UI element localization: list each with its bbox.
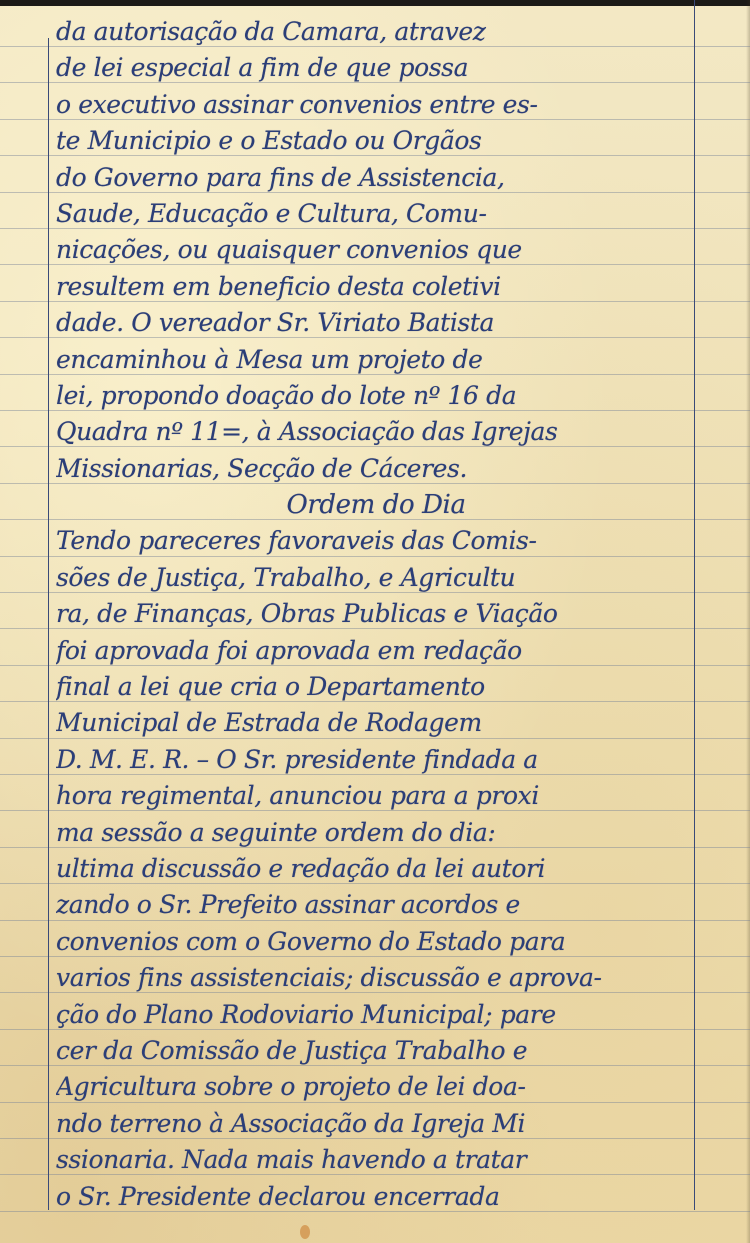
text-line: convenios com o Governo do Estado para bbox=[56, 924, 696, 960]
text-line: cer da Comissão de Justiça Trabalho e bbox=[56, 1033, 696, 1069]
text-line: da autorisação da Camara, atravez bbox=[56, 14, 696, 50]
text-line: dade. O vereador Sr. Viriato Batista bbox=[56, 305, 696, 341]
text-line: ma sessão a seguinte ordem do dia: bbox=[56, 815, 696, 851]
scan-right-edge bbox=[746, 0, 750, 1243]
text-line: do Governo para fins de Assistencia, bbox=[56, 160, 696, 196]
text-line: o Sr. Presidente declarou encerrada bbox=[56, 1179, 696, 1215]
text-line: ção do Plano Rodoviario Municipal; pare bbox=[56, 997, 696, 1033]
text-line: hora regimental, anunciou para a proxi bbox=[56, 778, 696, 814]
text-line: Agricultura sobre o projeto de lei doa- bbox=[56, 1069, 696, 1105]
handwritten-text-block: da autorisação da Camara, atravez de lei… bbox=[56, 14, 696, 1215]
text-line: sões de Justiça, Trabalho, e Agricultu bbox=[56, 560, 696, 596]
text-line: resultem em beneficio desta coletivi bbox=[56, 269, 696, 305]
text-line: ndo terreno à Associação da Igreja Mi bbox=[56, 1106, 696, 1142]
ledger-page: da autorisação da Camara, atravez de lei… bbox=[0, 0, 750, 1243]
text-line: ssionaria. Nada mais havendo a tratar bbox=[56, 1142, 696, 1178]
text-line: o executivo assinar convenios entre es- bbox=[56, 87, 696, 123]
text-line: varios fins assistenciais; discussão e a… bbox=[56, 960, 696, 996]
text-line: Quadra nº 11=, à Associação das Igrejas bbox=[56, 414, 696, 450]
text-line: D. M. E. R. – O Sr. presidente findada a bbox=[56, 742, 696, 778]
text-line: lei, propondo doação do lote nº 16 da bbox=[56, 378, 696, 414]
text-line: foi aprovada foi aprovada em redação bbox=[56, 633, 696, 669]
text-line: te Municipio e o Estado ou Orgãos bbox=[56, 123, 696, 159]
text-line: Tendo pareceres favoraveis das Comis- bbox=[56, 523, 696, 559]
scan-top-edge bbox=[0, 0, 750, 6]
text-line: ultima discussão e redação da lei autori bbox=[56, 851, 696, 887]
text-line: Municipal de Estrada de Rodagem bbox=[56, 705, 696, 741]
section-heading-ordem-do-dia: Ordem do Dia bbox=[56, 487, 696, 523]
text-line: zando o Sr. Prefeito assinar acordos e bbox=[56, 887, 696, 923]
text-line: final a lei que cria o Departamento bbox=[56, 669, 696, 705]
text-line: ra, de Finanças, Obras Publicas e Viação bbox=[56, 596, 696, 632]
text-line: Saude, Educação e Cultura, Comu- bbox=[56, 196, 696, 232]
ink-stain bbox=[300, 1225, 310, 1239]
text-line: nicações, ou quaisquer convenios que bbox=[56, 232, 696, 268]
left-margin-line bbox=[48, 38, 49, 1210]
text-line: de lei especial a fim de que possa bbox=[56, 50, 696, 86]
text-line: Missionarias, Secção de Cáceres. bbox=[56, 451, 696, 487]
text-line: encaminhou à Mesa um projeto de bbox=[56, 342, 696, 378]
